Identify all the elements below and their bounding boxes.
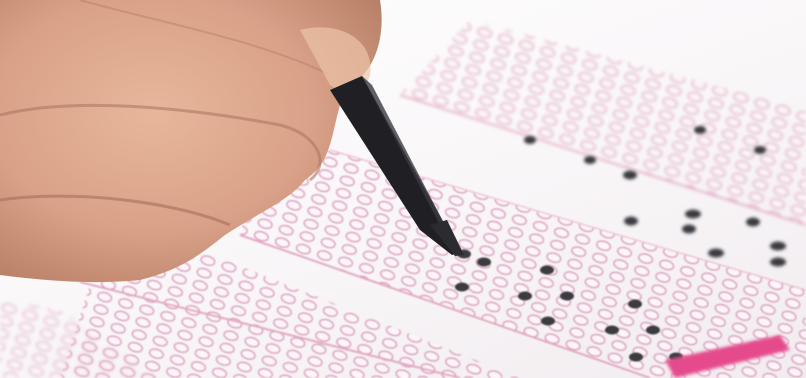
photo-scene (0, 0, 806, 378)
answer-sheet (0, 0, 806, 378)
